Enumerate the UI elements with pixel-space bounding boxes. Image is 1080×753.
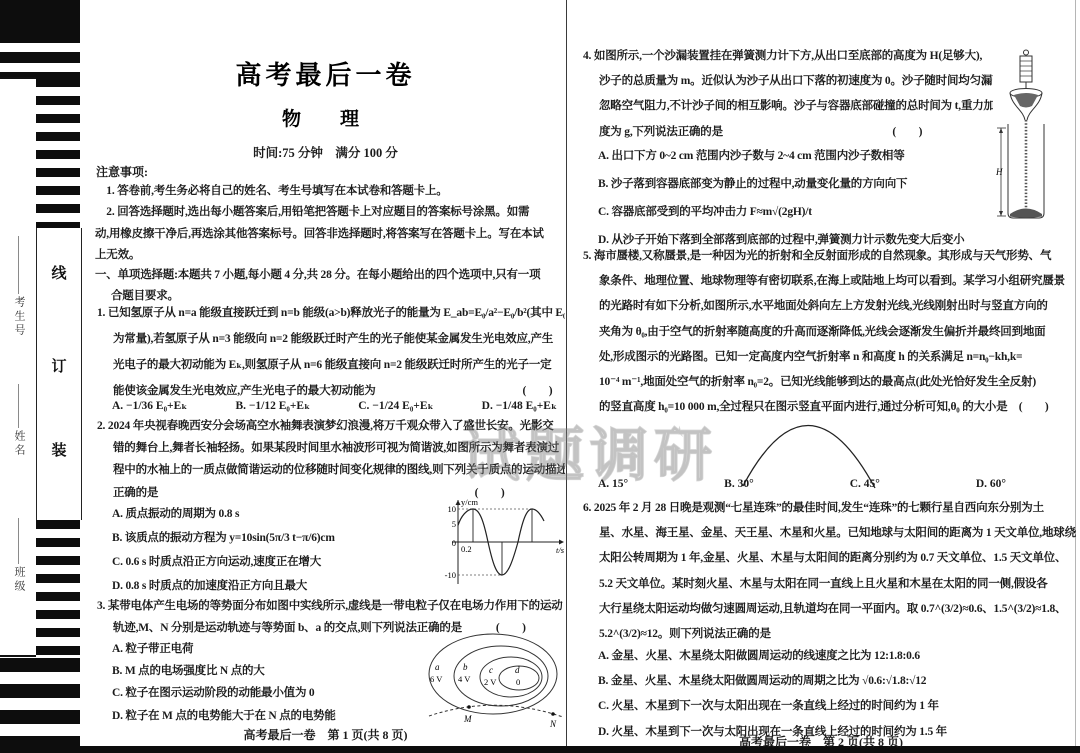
class-label: 班级 bbox=[11, 566, 27, 594]
potential-2v: 2 V bbox=[484, 677, 497, 687]
candidate-no-label: 考生号 bbox=[11, 296, 27, 338]
seal-char-zhuang: 装 bbox=[46, 439, 72, 460]
ytick-neg10: -10 bbox=[445, 570, 456, 580]
question-line: 星、水星、海王星、金星、天王星、木星和火星。已知地球与太阳间的距离为 1 天文单… bbox=[583, 521, 1078, 546]
question-line: 太阳公转周期为 1 年,金星、火星、木星与太阳间的距离分别约为 0.7 天文单位… bbox=[583, 546, 1078, 571]
equipotential-c: c bbox=[489, 665, 493, 675]
q2-waveform-figure: y/cm t/s 10 5 0 -10 0.2 bbox=[440, 496, 568, 591]
option-item: C. 火星、木星到下一次与太阳出现在一条直线上经过的时间约为 1 年 bbox=[598, 694, 1038, 719]
question-line: 10⁻⁴ m⁻¹,地面处空气的折射率 n₀=2。已知光线能够到达的最高点(此处光… bbox=[583, 370, 1078, 395]
x-axis-arrow bbox=[559, 540, 564, 545]
equipotential-d: d bbox=[515, 665, 520, 675]
height-H-label: H bbox=[996, 167, 1003, 177]
seal-char-line: 线 bbox=[46, 262, 72, 283]
option-item: B. 沙子落到容器底部变为静止的过程中,动量变化量的方向向下 bbox=[598, 170, 998, 198]
registration-stripes-bottom bbox=[36, 520, 80, 656]
option-item: A. 金星、火星、木星绕太阳做圆周运动的线速度之比为 12:1.8:0.6 bbox=[598, 644, 1038, 669]
page-1-footer: 高考最后一卷 第 1 页(共 8 页) bbox=[85, 726, 566, 743]
question-line: 1. 已知氢原子从 n=a 能级直接跃迁到 n=b 能级(a>b)释放光子的能量… bbox=[97, 300, 565, 326]
binding-seal-column: 线 订 装 bbox=[36, 228, 82, 520]
notice-line: 2. 回答选择题时,选出每小题答案后,用铅笔把答题卡上对应题目的答案标号涂黑。如… bbox=[95, 202, 565, 223]
option-item: C. 容器底部受到的平均冲击力 F≈m√(2gH)/t bbox=[598, 198, 998, 226]
name-label: 姓名 bbox=[11, 430, 27, 458]
registration-block-top bbox=[0, 0, 80, 32]
margin-rule-top bbox=[0, 77, 36, 79]
page-divider-line bbox=[566, 0, 567, 746]
option-item: B. M 点的电场强度比 N 点的大 bbox=[112, 660, 412, 682]
xtick-02: 0.2 bbox=[461, 544, 472, 554]
question-line: 5. 海市蜃楼,又称蜃景,是一种因为光的折射和全反射面形成的自然现象。其形成与天… bbox=[583, 244, 1078, 269]
question-1-stem: 1. 已知氢原子从 n=a 能级直接跃迁到 n=b 能级(a>b)释放光子的能量… bbox=[97, 300, 565, 404]
question-4-options: A. 出口下方 0~2 cm 范围内沙子数与 2~4 cm 范围内沙子数相等B.… bbox=[598, 142, 998, 254]
equipotential-b: b bbox=[463, 662, 468, 672]
notice-lines: 1. 答卷前,考生务必将自己的姓名、考生号填写在本试卷和答题卡上。 2. 回答选… bbox=[95, 181, 565, 267]
option-item: B. 30° bbox=[724, 478, 754, 490]
page-2-footer: 高考最后一卷 第 2 页(共 8 页) bbox=[567, 733, 1075, 750]
registration-stripes-top bbox=[36, 78, 80, 228]
section-line: 一、单项选择题:本题共 7 小题,每小题 4 分,共 28 分。在每小题给出的四… bbox=[95, 265, 565, 286]
question-3-options: A. 粒子带正电荷B. M 点的电场强度比 N 点的大C. 粒子在图示运动阶段的… bbox=[112, 638, 412, 727]
particle-trajectory bbox=[429, 705, 563, 717]
question-line: 象条件、地理位置、地球物理等有密切联系,在海上或陆地上均可以看到。某学习小组研究… bbox=[583, 269, 1078, 294]
option-item: C. −1/24 E₀+Eₖ bbox=[358, 398, 433, 412]
x-axis-label: t/s bbox=[556, 545, 565, 555]
option-item: B. 金星、火星、木星绕太阳做圆周运动的周期之比为 √0.6:√1.8:√12 bbox=[598, 669, 1038, 694]
question-6-options: A. 金星、火星、木星绕太阳做圆周运动的线速度之比为 12:1.8:0.6B. … bbox=[598, 644, 1038, 745]
question-2-options: A. 质点振动的周期为 0.8 sB. 该质点的振动方程为 y=10sin(5π… bbox=[112, 502, 442, 598]
question-line: 6. 2025 年 2 月 28 日晚是观测“七星连珠”的最佳时间,发生“连珠”… bbox=[583, 496, 1078, 521]
class-blank-line bbox=[18, 518, 19, 564]
option-item: A. −1/36 E₀+Eₖ bbox=[112, 398, 187, 412]
ytick-10: 10 bbox=[448, 504, 457, 514]
potential-0: 0 bbox=[516, 677, 520, 687]
ytick-5: 5 bbox=[452, 519, 456, 529]
option-item: D. 粒子在 M 点的电势能大于在 N 点的电势能 bbox=[112, 705, 412, 727]
spring-scale-body bbox=[1020, 56, 1032, 82]
sand-in-funnel bbox=[1014, 93, 1038, 108]
question-line: 忽略空气阻力,不计沙子间的相互影响。沙子与容器底部碰撞的总时间为 t,重力加速 bbox=[583, 94, 993, 119]
question-line: 4. 如图所示,一个沙漏装置挂在弹簧测力计下方,从出口至底部的高度为 H(足够大… bbox=[583, 44, 993, 69]
exam-title: 高考最后一卷 bbox=[85, 55, 566, 92]
question-5-stem: 5. 海市蜃楼,又称蜃景,是一种因为光的折射和全反射面形成的自然现象。其形成与天… bbox=[583, 244, 1078, 420]
subject-title: 物 理 bbox=[85, 104, 566, 131]
notice-line: 动,用橡皮擦干净后,再选涂其他答案标号。回答非选择题时,将答案写在答题卡上。写在… bbox=[95, 224, 565, 245]
option-item: C. 45° bbox=[850, 478, 880, 490]
option-item: A. 质点振动的周期为 0.8 s bbox=[112, 502, 442, 526]
question-line: 光电子的最大初动能为 Eₖ,则氢原子从 n=6 能级直接向 n=2 能级跃迁时所… bbox=[97, 352, 565, 378]
option-item: A. 出口下方 0~2 cm 范围内沙子数与 2~4 cm 范围内沙子数相等 bbox=[598, 142, 998, 170]
option-item: C. 0.6 s 时质点沿正方向运动,速度正在增大 bbox=[112, 550, 442, 574]
watermark-text: 试题调研 bbox=[462, 408, 718, 492]
point-M-dot bbox=[467, 705, 471, 709]
question-line: 夹角为 θ₀,由于空气的折射率随高度的升高而逐渐降低,光线会逐渐发生偏折并最终回… bbox=[583, 320, 1078, 345]
spring-scale-ring bbox=[1024, 50, 1029, 55]
question-line: 为常量),若氢原子从 n=3 能级向 n=2 能级跃迁时产生的光子能使某金属发生… bbox=[97, 326, 565, 352]
y-axis-label: y/cm bbox=[461, 497, 478, 507]
option-item: B. 该质点的振动方程为 y=10sin(5π/3 t−π/6)cm bbox=[112, 526, 442, 550]
sand-pile bbox=[1010, 209, 1042, 218]
question-line: 5.2 天文单位。某时刻火星、木星与太阳在同一直线上且火星和木星在太阳的同一侧,… bbox=[583, 572, 1078, 597]
time-score-meta: 时间:75 分钟 满分 100 分 bbox=[85, 143, 566, 161]
q3-equipotential-figure: a 6 V b 4 V c 2 V d 0 M N bbox=[425, 630, 565, 730]
notice-line: 上无效。 bbox=[95, 245, 565, 266]
option-item: C. 粒子在图示运动阶段的动能最小值为 0 bbox=[112, 682, 412, 704]
question-line: 大行星绕太阳运动均做匀速圆周运动,且轨道均在同一平面内。取 0.7^(3/2)≈… bbox=[583, 597, 1078, 622]
potential-6v: 6 V bbox=[430, 674, 443, 684]
registration-stripes-top-wide bbox=[0, 32, 80, 78]
notice-heading: 注意事项: bbox=[96, 163, 148, 180]
question-4-stem: 4. 如图所示,一个沙漏装置挂在弹簧测力计下方,从出口至底部的高度为 H(足够大… bbox=[583, 44, 993, 145]
point-N-dot bbox=[551, 712, 555, 716]
registration-stripes-bottom-wide bbox=[0, 658, 80, 746]
equipotential-a: a bbox=[435, 662, 440, 672]
name-blank-line bbox=[18, 384, 19, 428]
candidate-no-blank-line bbox=[18, 236, 19, 294]
option-item: A. 粒子带正电荷 bbox=[112, 638, 412, 660]
question-line: 的光路时有如下分析,如图所示,水平地面处斜向左上方发射光线,光线刚射出时与竖直方… bbox=[583, 294, 1078, 319]
margin-rule-bottom bbox=[0, 655, 36, 657]
notice-line: 1. 答卷前,考生务必将自己的姓名、考生号填写在本试卷和答题卡上。 bbox=[95, 181, 565, 202]
seal-char-ding: 订 bbox=[46, 355, 72, 376]
question-line: 沙子的总质量为 m。近似认为沙子从出口下落的初速度为 0。沙子随时间均匀漏下, bbox=[583, 69, 993, 94]
q4-hourglass-figure: H bbox=[996, 48, 1054, 233]
option-item: B. −1/12 E₀+Eₖ bbox=[235, 398, 310, 412]
ytick-0: 0 bbox=[452, 538, 456, 548]
exam-paper-scan: 试题调研 线 订 装 考生号 姓名 班级 高考最后一卷 物 理 时间:75 分钟… bbox=[0, 0, 1080, 753]
potential-4v: 4 V bbox=[458, 674, 471, 684]
question-line: 3. 某带电体产生电场的等势面分布如图中实线所示,虚线是一带电粒子仅在电场力作用… bbox=[97, 595, 565, 617]
question-line: 处,形成图示的光路图。已知一定高度内空气折射率 n 和高度 h 的关系满足 n=… bbox=[583, 345, 1078, 370]
question-line: 度为 g,下列说法正确的是 ( ) bbox=[583, 120, 993, 145]
question-6-stem: 6. 2025 年 2 月 28 日晚是观测“七星连珠”的最佳时间,发生“连珠”… bbox=[583, 496, 1078, 647]
y-axis-arrow bbox=[456, 500, 461, 505]
option-item: D. 60° bbox=[976, 478, 1006, 490]
point-M-label: M bbox=[463, 714, 472, 724]
